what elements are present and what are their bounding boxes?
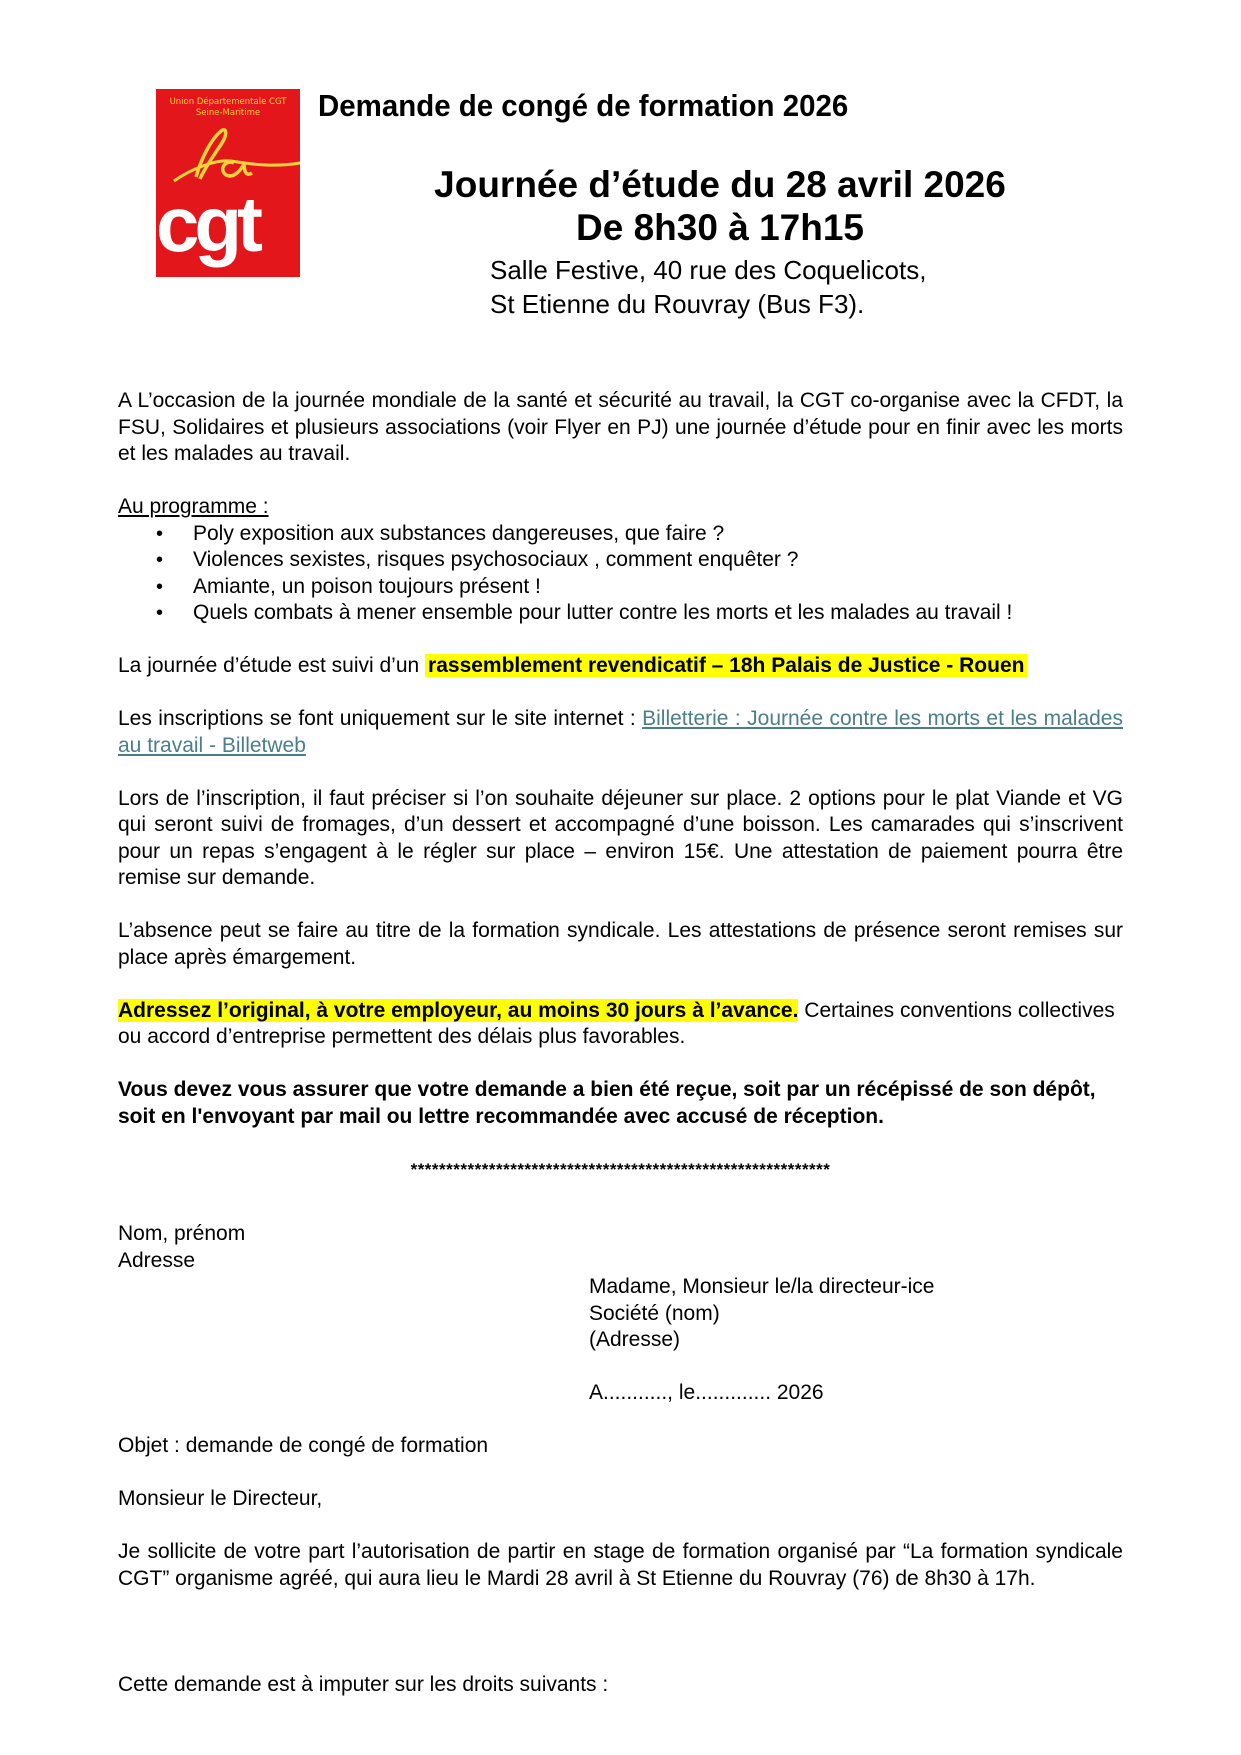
programme-list: Poly exposition aux substances dangereus…: [118, 521, 1123, 627]
logo-brand: cgt: [156, 184, 258, 264]
event-time: De 8h30 à 17h15: [380, 207, 1060, 249]
sender-name: Nom, prénom: [118, 1221, 1123, 1248]
rally-highlight: rassemblement revendicatif – 18h Palais …: [425, 654, 1027, 677]
document-body: A L’occasion de la journée mondiale de l…: [118, 388, 1123, 1725]
rally-text: La journée d’étude est suivi d’un: [118, 654, 425, 677]
sender-address: Adresse: [118, 1248, 1123, 1275]
cgt-logo: Union Départementale CGT Seine-Maritime …: [156, 89, 300, 277]
list-item: Quels combats à mener ensemble pour lutt…: [118, 600, 1123, 627]
event-place-line1: Salle Festive, 40 rue des Coquelicots,: [490, 255, 926, 286]
recipient-line3: (Adresse): [589, 1327, 1123, 1354]
programme-heading-text: Au programme :: [118, 495, 269, 518]
recipient-line1: Madame, Monsieur le/la directeur-ice: [589, 1274, 1123, 1301]
intro-paragraph: A L’occasion de la journée mondiale de l…: [118, 388, 1123, 468]
page-title: Demande de congé de formation 2026: [318, 88, 848, 124]
registration-text: Les inscriptions se font uniquement sur …: [118, 707, 642, 730]
deadline-paragraph: Adressez l’original, à votre employeur, …: [118, 998, 1123, 1051]
event-date: Journée d’étude du 28 avril 2026: [380, 164, 1060, 206]
list-item: Amiante, un poison toujours présent !: [118, 574, 1123, 601]
letter-salutation: Monsieur le Directeur,: [118, 1486, 1123, 1513]
deadline-highlight: Adressez l’original, à votre employeur, …: [118, 999, 798, 1022]
registration-paragraph: Les inscriptions se font uniquement sur …: [118, 706, 1123, 759]
letter-subject: Objet : demande de congé de formation: [118, 1433, 1123, 1460]
warning-paragraph: Vous devez vous assurer que votre demand…: [118, 1077, 1123, 1130]
event-place-line2: St Etienne du Rouvray (Bus F3).: [490, 289, 864, 320]
recipient-line2: Société (nom): [589, 1301, 1123, 1328]
list-item: Poly exposition aux substances dangereus…: [118, 521, 1123, 548]
absence-paragraph: L’absence peut se faire au titre de la f…: [118, 918, 1123, 971]
place-date: A..........., le............. 2026: [589, 1380, 1123, 1407]
rally-paragraph: La journée d’étude est suivi d’un rassem…: [118, 653, 1123, 680]
meal-paragraph: Lors de l’inscription, il faut préciser …: [118, 786, 1123, 892]
letter-rights: Cette demande est à imputer sur les droi…: [118, 1672, 1123, 1699]
list-item: Violences sexistes, risques psychosociau…: [118, 547, 1123, 574]
programme-heading: Au programme :: [118, 494, 1123, 521]
separator: ****************************************…: [118, 1157, 1123, 1184]
letter-body: Je sollicite de votre part l’autorisatio…: [118, 1539, 1123, 1592]
